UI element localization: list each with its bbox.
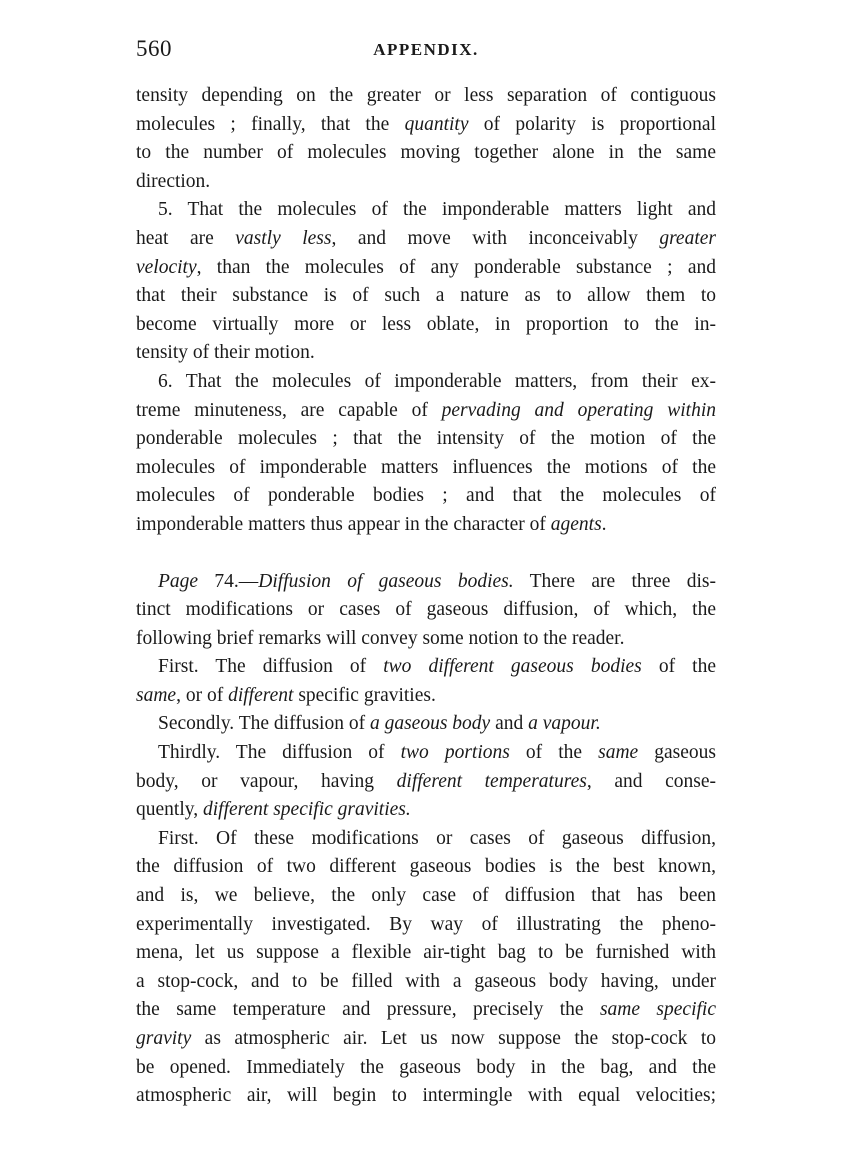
text-run: be opened. Immediately the gaseous body … [136,1057,716,1078]
text-line: imponderable matters thus appear in the … [136,511,716,540]
italic-text: different [228,685,293,706]
text-run: that their substance is of such a nature… [136,285,716,306]
text-line: experimentally investigated. By way of i… [136,911,716,940]
text-line: First. The diffusion of two different ga… [136,653,716,682]
italic-text: two portions [401,742,510,763]
text-run: Thirdly. The diffusion of [158,742,401,763]
text-run: First. The diffusion of [158,656,383,677]
text-run: to the number of molecules moving togeth… [136,142,716,163]
text-run: tensity of their motion. [136,342,315,363]
text-line: molecules of ponderable bodies ; and tha… [136,482,716,511]
italic-text: same [136,685,176,706]
italic-text: Page [158,571,198,592]
text-run: , than the molecules of any ponderable s… [197,257,716,278]
text-run: There are three dis- [514,571,716,592]
text-line: heat are vastly less, and move with inco… [136,225,716,254]
text-line: Thirdly. The diffusion of two portions o… [136,739,716,768]
italic-text: a vapour. [528,713,601,734]
text-line: molecules of imponderable matters influe… [136,454,716,483]
italic-text: two different gaseous bodies [383,656,642,677]
text-run: 5. That the molecules of the imponderabl… [158,199,716,220]
paragraph-p-5: 5. That the molecules of the imponderabl… [136,196,716,368]
paragraph-p-first-discussion: First. Of these modifications or cases o… [136,825,716,1111]
text-line: same, or of different specific gravities… [136,682,716,711]
text-run: , and move with inconceivably [331,228,659,249]
text-run: tinct modifications or cases of gaseous … [136,599,716,620]
text-run: , and conse- [587,771,716,792]
italic-text: pervading and operating within [442,400,716,421]
text-run: atmospheric air, will begin to interming… [136,1085,716,1106]
text-line: to the number of molecules moving togeth… [136,139,716,168]
text-run: and is, we believe, the only case of dif… [136,885,716,906]
paragraph-p-continuation: tensity depending on the greater or less… [136,82,716,196]
text-run: become virtually more or less oblate, in… [136,314,716,335]
text-run: imponderable matters thus appear in the … [136,514,551,535]
italic-text: gravity [136,1028,191,1049]
text-run: of the [510,742,598,763]
text-line: and is, we believe, the only case of dif… [136,882,716,911]
text-line: ponderable molecules ; that the intensit… [136,425,716,454]
italic-text: same [598,742,638,763]
text-run: Secondly. The diffusion of [158,713,370,734]
text-line: gravity as atmospheric air. Let us now s… [136,1025,716,1054]
italic-text: greater [659,228,716,249]
italic-text: vastly less [235,228,331,249]
text-run: and [490,713,528,734]
text-run: the same temperature and pressure, preci… [136,999,600,1020]
text-run: as atmospheric air. Let us now suppose t… [191,1028,716,1049]
text-run: heat are [136,228,235,249]
text-line: become virtually more or less oblate, in… [136,311,716,340]
text-run: of the [642,656,716,677]
text-line: the same temperature and pressure, preci… [136,996,716,1025]
text-line: treme minuteness, are capable of pervadi… [136,397,716,426]
text-line: direction. [136,168,716,197]
paragraph-p-second-case: Secondly. The diffusion of a gaseous bod… [136,710,716,739]
book-page: 560 APPENDIX. tensity depending on the g… [136,36,716,1111]
paragraph-p-third-case: Thirdly. The diffusion of two portions o… [136,739,716,825]
text-run: 74.— [198,571,258,592]
italic-text: same specific [600,999,716,1020]
paragraph-p-first-case: First. The diffusion of two different ga… [136,653,716,710]
body-text: tensity depending on the greater or less… [136,82,716,1111]
paragraph-p-page74: Page 74.—Diffusion of gaseous bodies. Th… [136,568,716,654]
italic-text: different specific gravities. [203,799,411,820]
text-run: a stop-cock, and to be filled with a gas… [136,971,716,992]
text-run: molecules of ponderable bodies ; and tha… [136,485,716,506]
text-run: gaseous [638,742,716,763]
italic-text: different temperatures [397,771,587,792]
running-head: 560 APPENDIX. [136,36,716,66]
text-line: the diffusion of two different gaseous b… [136,853,716,882]
text-line: mena, let us suppose a flexible air-tigh… [136,939,716,968]
text-run: molecules of imponderable matters influe… [136,457,716,478]
text-run: specific gravities. [293,685,435,706]
text-run: ponderable molecules ; that the intensit… [136,428,716,449]
text-line: molecules ; finally, that the quantity o… [136,111,716,140]
text-line: be opened. Immediately the gaseous body … [136,1054,716,1083]
text-run: treme minuteness, are capable of [136,400,442,421]
text-run: First. Of these modifications or cases o… [158,828,716,849]
text-run: following brief remarks will convey some… [136,628,624,649]
text-line: following brief remarks will convey some… [136,625,716,654]
text-line: a stop-cock, and to be filled with a gas… [136,968,716,997]
section-gap [136,540,716,568]
paragraph-p-6: 6. That the molecules of imponderable ma… [136,368,716,540]
text-run: quently, [136,799,203,820]
text-run: molecules ; finally, that the [136,114,405,135]
italic-text: Diffusion of gaseous bodies. [258,571,513,592]
text-line: that their substance is of such a nature… [136,282,716,311]
text-run: mena, let us suppose a flexible air-tigh… [136,942,716,963]
text-line: tensity depending on the greater or less… [136,82,716,111]
italic-text: a gaseous body [370,713,490,734]
text-run: of polarity is proportional [468,114,716,135]
italic-text: agents [551,514,602,535]
text-line: atmospheric air, will begin to interming… [136,1082,716,1111]
text-line: tinct modifications or cases of gaseous … [136,596,716,625]
text-line: body, or vapour, having different temper… [136,768,716,797]
running-title: APPENDIX. [136,40,716,60]
text-run: tensity depending on the greater or less… [136,85,716,106]
italic-text: velocity [136,257,197,278]
text-line: 6. That the molecules of imponderable ma… [136,368,716,397]
italic-text: quantity [405,114,469,135]
text-line: tensity of their motion. [136,339,716,368]
text-run: direction. [136,171,210,192]
text-run: the diffusion of two different gaseous b… [136,856,716,877]
text-run: . [602,514,607,535]
text-line: 5. That the molecules of the imponderabl… [136,196,716,225]
text-line: quently, different specific gravities. [136,796,716,825]
text-run: 6. That the molecules of imponderable ma… [158,371,716,392]
text-run: , or of [176,685,228,706]
text-line: Page 74.—Diffusion of gaseous bodies. Th… [136,568,716,597]
text-run: experimentally investigated. By way of i… [136,914,716,935]
text-line: Secondly. The diffusion of a gaseous bod… [136,710,716,739]
text-line: velocity, than the molecules of any pond… [136,254,716,283]
text-line: First. Of these modifications or cases o… [136,825,716,854]
text-run: body, or vapour, having [136,771,397,792]
